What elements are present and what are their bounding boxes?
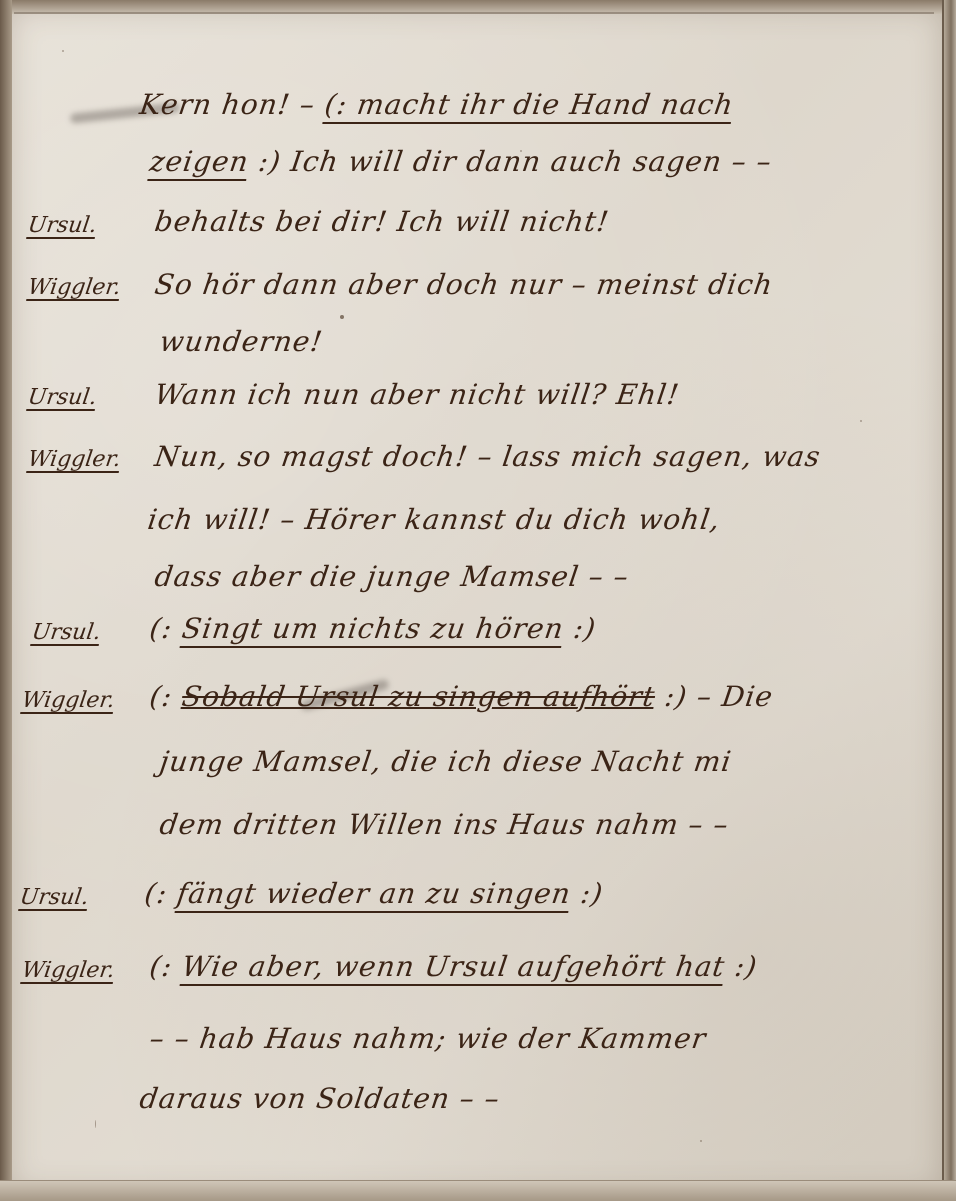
stage-direction: fängt wieder an zu singen [175, 877, 573, 910]
stage-direction: Singt um nichts zu hören [180, 612, 566, 645]
text-line-2: zeigen :) Ich will dir dann auch sagen –… [148, 145, 774, 178]
text-line-7: Nun, so magst doch! – lass mich sagen, w… [153, 440, 823, 473]
paper-speck [95, 1120, 96, 1128]
text-line-3: behalts bei dir! Ich will nicht! [153, 205, 612, 238]
text-segment: – – hab Haus nahm; wie der Kammer [148, 1022, 709, 1055]
stage-direction: zeigen [148, 145, 251, 178]
text-line-9: dass aber die junge Mamsel – – [153, 560, 631, 593]
struck-stage-direction: Sobald Ursul zu singen aufhört [180, 680, 657, 713]
speaker-name: Ursul. [26, 213, 98, 238]
speaker-name: Wiggler. [20, 958, 116, 983]
text-segment: :) [723, 950, 760, 983]
text-segment: Kern hon! – [138, 88, 328, 121]
text-line-6: Wann ich nun aber nicht will? Ehl! [153, 378, 682, 411]
text-line-17: daraus von Soldaten – – [138, 1082, 503, 1115]
text-segment: :) [569, 877, 606, 910]
text-segment: (: [148, 680, 185, 713]
text-segment: (: [143, 877, 180, 910]
paper-speck [62, 50, 64, 52]
stage-direction: (: macht ihr die Hand nach [323, 88, 736, 121]
text-line-12: junge Mamsel, die ich diese Nacht mi [158, 745, 734, 778]
text-line-10: (: Singt um nichts zu hören :) [148, 612, 599, 645]
text-segment: daraus von Soldaten – – [138, 1082, 503, 1115]
speaker-name: Ursul. [18, 885, 90, 910]
text-line-15: (: Wie aber, wenn Ursul aufgehört hat :) [148, 950, 760, 983]
text-segment: Wann ich nun aber nicht will? Ehl! [153, 378, 682, 411]
text-segment: :) [561, 612, 598, 645]
page-top-rule [14, 12, 934, 14]
text-line-4: So hör dann aber doch nur – meinst dich [153, 268, 776, 301]
text-line-11: (: Sobald Ursul zu singen aufhört :) – D… [148, 680, 776, 713]
text-segment: dass aber die junge Mamsel – – [153, 560, 631, 593]
speaker-name: Wiggler. [20, 688, 116, 713]
book-binding-edge [942, 0, 956, 1200]
text-segment: behalts bei dir! Ich will nicht! [153, 205, 612, 238]
text-line-16: – – hab Haus nahm; wie der Kammer [148, 1022, 709, 1055]
speaker-name: Wiggler. [26, 275, 122, 300]
text-segment: :) – Die [653, 680, 776, 713]
manuscript-page [10, 8, 942, 1192]
speaker-name: Wiggler. [26, 447, 122, 472]
text-line-14: (: fängt wieder an zu singen :) [143, 877, 606, 910]
text-line-8: ich will! – Hörer kannst du dich wohl, [146, 503, 723, 536]
text-segment: (: [148, 950, 185, 983]
text-line-1: Kern hon! – (: macht ihr die Hand nach [138, 88, 736, 121]
speaker-name: Ursul. [30, 620, 102, 645]
paper-speck [340, 315, 344, 319]
text-segment: ich will! – Hörer kannst du dich wohl, [146, 503, 723, 536]
text-segment: junge Mamsel, die ich diese Nacht mi [158, 745, 734, 778]
text-segment: :) Ich will dir dann auch sagen – – [246, 145, 774, 178]
stage-direction: Wie aber, wenn Ursul aufgehört hat [180, 950, 727, 983]
page-bottom-edge [0, 1180, 956, 1200]
text-segment: wunderne! [158, 325, 325, 358]
text-line-5: wunderne! [158, 325, 325, 358]
text-line-13: dem dritten Willen ins Haus nahm – – [158, 808, 731, 841]
paper-speck [700, 1140, 702, 1142]
text-segment: (: [148, 612, 185, 645]
paper-speck [860, 420, 862, 422]
speaker-name: Ursul. [26, 385, 98, 410]
text-segment: Nun, so magst doch! – lass mich sagen, w… [153, 440, 823, 473]
page-left-edge [0, 0, 12, 1200]
text-segment: So hör dann aber doch nur – meinst dich [153, 268, 776, 301]
text-segment: dem dritten Willen ins Haus nahm – – [158, 808, 731, 841]
